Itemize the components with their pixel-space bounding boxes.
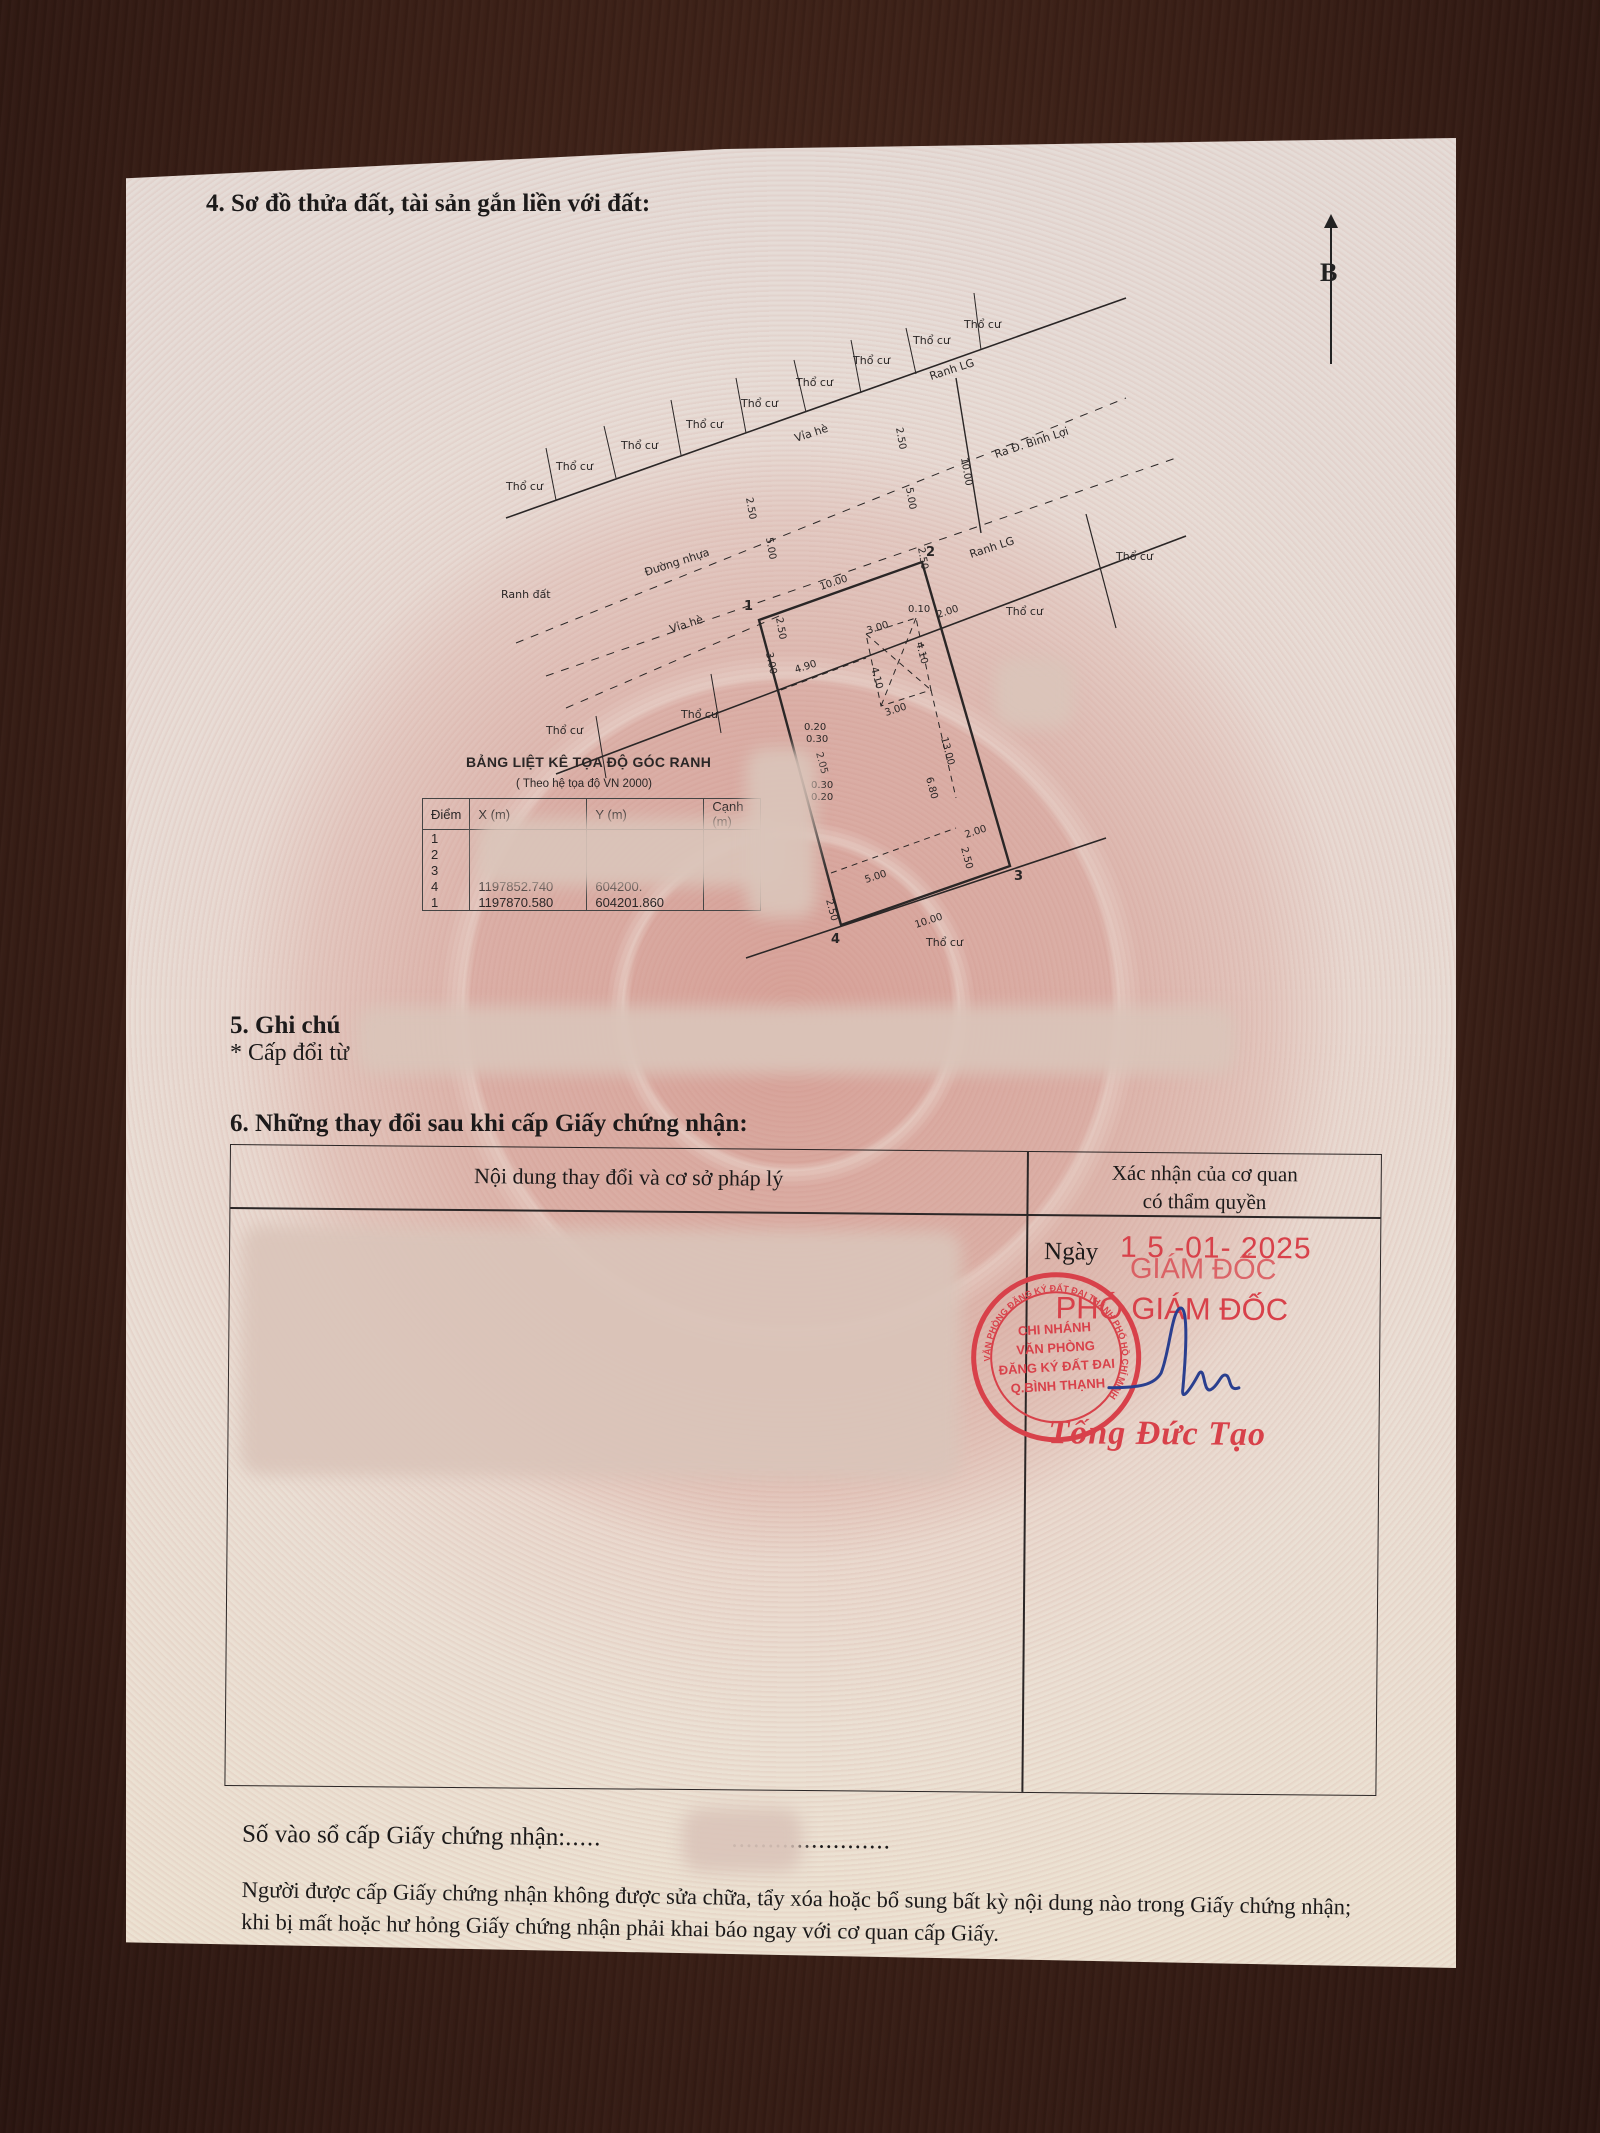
section6-title: 6. Những thay đổi sau khi cấp Giấy chứng… (230, 1110, 748, 1138)
svg-text:5.00: 5.00 (903, 487, 918, 511)
redaction-changes-content (240, 1225, 962, 1481)
svg-text:Thổ cư: Thổ cư (1115, 550, 1154, 563)
registry-label: Số vào sổ cấp Giấy chứng nhận: (242, 1821, 565, 1851)
svg-text:Ranh LG: Ranh LG (968, 534, 1016, 561)
certificate-page: 4. Sơ đồ thửa đất, tài sản gắn liền với … (126, 138, 1456, 1968)
svg-text:2.50: 2.50 (823, 898, 839, 922)
map-label-sidewalk: Vỉa hè (793, 422, 830, 445)
svg-text:10.00: 10.00 (958, 457, 974, 487)
svg-text:4.10: 4.10 (868, 666, 884, 690)
svg-text:Thổ cư: Thổ cư (545, 724, 584, 737)
redaction-note (356, 1006, 1236, 1074)
column-divider (1021, 1152, 1028, 1792)
svg-text:Thổ cư: Thổ cư (680, 708, 719, 721)
svg-text:Thổ cư: Thổ cư (795, 376, 834, 389)
confirmation-date-label: Ngày (1044, 1238, 1098, 1266)
map-label-neighbor: Thổ cư (505, 480, 544, 493)
svg-text:0.30: 0.30 (806, 734, 828, 745)
section5-note: * Cấp đổi từ (230, 1040, 349, 1067)
corner-point-3: 3 (1014, 869, 1023, 884)
section5-title: 5. Ghi chú (230, 1012, 340, 1040)
svg-text:Thổ cư: Thổ cư (852, 354, 891, 367)
changes-header-confirmation: Xác nhận của cơ quan có thẩm quyền (1028, 1158, 1380, 1217)
coord-header-point: Điểm (423, 799, 470, 830)
coord-table-title: BẢNG LIỆT KÊ TỌA ĐỘ GÓC RANH (466, 754, 711, 770)
redaction-registry (682, 1808, 802, 1872)
svg-text:Vỉa hè: Vỉa hè (668, 613, 705, 636)
svg-text:13.00: 13.00 (938, 736, 956, 767)
svg-text:2.50: 2.50 (743, 497, 758, 521)
svg-text:5.00: 5.00 (763, 537, 778, 561)
svg-text:3.00: 3.00 (866, 620, 891, 637)
svg-text:2.00: 2.00 (936, 604, 961, 621)
redaction-coord-table (476, 818, 786, 886)
svg-text:Thổ cư: Thổ cư (925, 936, 964, 949)
table-row: 11197870.580604201.860 (423, 894, 761, 911)
svg-text:Thổ cư: Thổ cư (740, 397, 779, 410)
svg-text:Thổ cư: Thổ cư (620, 439, 659, 452)
map-label-road: Đường nhựa (643, 546, 711, 579)
svg-text:3.00: 3.00 (763, 651, 778, 675)
svg-text:4.90: 4.90 (794, 659, 819, 676)
confirmation-title-faded: GIÁM ĐỐC (1130, 1253, 1277, 1287)
svg-text:2.00: 2.00 (964, 824, 989, 841)
signature-icon (1099, 1293, 1250, 1414)
svg-text:0.10: 0.10 (908, 604, 930, 615)
svg-text:Thổ cư: Thổ cư (1005, 605, 1044, 618)
svg-text:2.50: 2.50 (958, 846, 974, 870)
svg-text:Thổ cư: Thổ cư (912, 334, 951, 347)
svg-text:4.10: 4.10 (913, 641, 929, 665)
svg-text:2.50: 2.50 (773, 617, 788, 641)
corner-point-1: 1 (744, 599, 753, 614)
svg-text:0.20: 0.20 (804, 722, 826, 733)
changes-table: Nội dung thay đổi và cơ sở pháp lý Xác n… (224, 1144, 1382, 1796)
coord-table-subtitle: ( Theo hệ tọa độ VN 2000) (516, 778, 652, 790)
svg-text:10.00: 10.00 (914, 912, 945, 931)
corner-point-2: 2 (926, 545, 935, 560)
map-label-boundary: Ranh đất (501, 588, 551, 601)
svg-text:5.00: 5.00 (864, 869, 889, 886)
legal-notice: Người được cấp Giấy chứng nhận không đượ… (241, 1874, 1382, 1956)
svg-text:6.80: 6.80 (923, 776, 939, 800)
svg-text:Thổ cư: Thổ cư (555, 460, 594, 473)
redaction-coord-edge (746, 748, 816, 918)
changes-header-content: Nội dung thay đổi và cơ sở pháp lý (231, 1161, 1027, 1194)
svg-text:Thổ cư: Thổ cư (685, 418, 724, 431)
svg-text:3.00: 3.00 (884, 702, 909, 719)
svg-text:2.50: 2.50 (893, 427, 908, 451)
corner-point-4: 4 (831, 932, 840, 947)
redaction-parcel-label (994, 658, 1074, 728)
signer-name: Tống Đức Tạo (1048, 1414, 1266, 1454)
map-label-exit-road: Ra Đ. Bình Lợi (993, 425, 1070, 461)
svg-text:Thổ cư: Thổ cư (963, 318, 1002, 331)
